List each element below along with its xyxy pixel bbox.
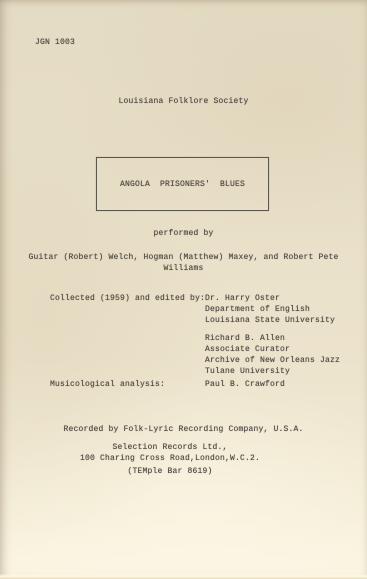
label-phone-line: (TEMple Bar 8619)	[0, 466, 340, 477]
collected-edited-label: Collected (1959) and edited by:	[50, 293, 205, 304]
editor-allen-title: Associate Curator	[205, 345, 290, 354]
editor-allen-univ: Tulane University	[205, 367, 290, 376]
editor-allen-name: Richard B. Allen	[205, 334, 285, 343]
performers-line-2: Williams	[0, 263, 367, 274]
label-address-line: 100 Charing Cross Road,London,W.C.2.	[0, 453, 340, 464]
analyst-name: Paul B. Crawford	[205, 379, 285, 390]
organization-name: Louisiana Folklore Society	[0, 96, 367, 107]
editor-allen-block: Richard B. AllenAssociate CuratorArchive…	[205, 333, 340, 377]
performed-by-label: performed by	[0, 228, 367, 239]
page-title: ANGOLA PRISONERS' BLUES	[120, 179, 245, 190]
scanned-paper-background	[0, 0, 367, 579]
paper-bottom-edge	[0, 574, 367, 579]
recorded-by-line: Recorded by Folk-Lyric Recording Company…	[0, 424, 367, 435]
catalog-number: JGN 1003	[35, 37, 75, 48]
editor-oster-dept: Department of English	[205, 305, 310, 314]
label-company-line: Selection Records Ltd.,	[0, 442, 340, 453]
editor-oster-univ: Louisiana State University	[205, 316, 335, 325]
editor-oster-block: Dr. Harry OsterDepartment of EnglishLoui…	[205, 293, 335, 326]
performers-line-1: Guitar (Robert) Welch, Hogman (Matthew) …	[0, 252, 367, 263]
title-box: ANGOLA PRISONERS' BLUES	[96, 157, 269, 211]
editor-allen-archive: Archive of New Orleans Jazz	[205, 356, 340, 365]
editor-oster-name: Dr. Harry Oster	[205, 294, 280, 303]
analysis-label: Musicological analysis:	[50, 379, 165, 390]
